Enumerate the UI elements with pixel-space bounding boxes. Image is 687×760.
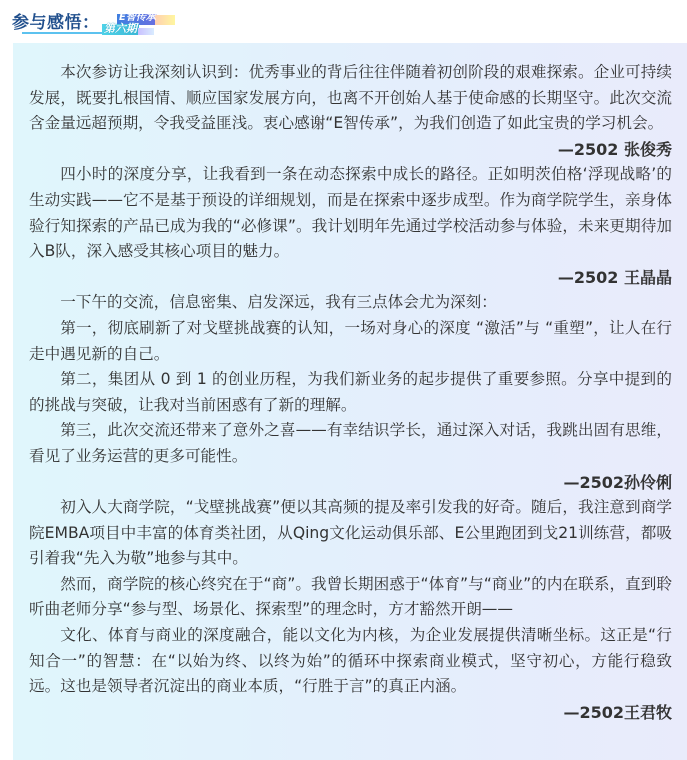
reflection-signature: —2502 张俊秀 [29,137,672,163]
reflection-paragraph: 第三，此次交流还带来了意外之喜——有幸结识学长，通过深入对话，我跳出固有思维，看… [29,418,672,469]
reflection-signature: —2502 王晶晶 [29,265,672,291]
reflection-paragraph: 第二，集团从 0 到 1 的创业历程，为我们新业务的起步提供了重要参照。分享中提… [29,367,672,418]
reflection-entry: 四小时的深度分享，让我看到一条在动态探索中成长的路径。正如明茨伯格‘浮现战略’的… [29,162,672,290]
reflection-paragraph: 然而，商学院的核心终究在于“商”。我曾长期困惑于“体育”与“商业”的内在联系，直… [29,572,672,623]
reflections-content: 本次参访让我深刻认识到：优秀事业的背后往往伴随着初创阶段的艰难探索。企业可持续发… [29,60,672,725]
badge-top-fade [155,15,175,25]
reflections-panel: 本次参访让我深刻认识到：优秀事业的背后往往伴随着初创阶段的艰难探索。企业可持续发… [13,43,687,760]
reflection-paragraph: 初入人大商学院，“戈壁挑战赛”便以其高频的提及率引发我的好奇。随后，我注意到商学… [29,495,672,572]
section-title: 参与感悟： [12,8,100,33]
reflection-paragraph: 第一，彻底刷新了对戈壁挑战赛的认知，一场对身心的深度 “激活”与 “重塑”，让人… [29,316,672,367]
issue-badge: E智传承 第六期 [100,10,180,36]
badge-bottom-fade [138,28,154,35]
reflection-paragraph: 本次参访让我深刻认识到：优秀事业的背后往往伴随着初创阶段的艰难探索。企业可持续发… [29,60,672,137]
title-underline [22,32,102,34]
section-header: 参与感悟： E智传承 第六期 [0,0,687,40]
badge-issue-text: 第六期 [104,23,137,35]
reflection-entry: 一下午的交流，信息密集、启发深远，我有三点体会尤为深刻： 第一，彻底刷新了对戈壁… [29,290,672,495]
reflection-entry: 本次参访让我深刻认识到：优秀事业的背后往往伴随着初创阶段的艰难探索。企业可持续发… [29,60,672,162]
reflection-paragraph: 文化、体育与商业的深度融合，能以文化为内核，为企业发展提供清晰坐标。这正是“行知… [29,623,672,700]
reflection-entry: 初入人大商学院，“戈壁挑战赛”便以其高频的提及率引发我的好奇。随后，我注意到商学… [29,495,672,725]
reflection-signature: —2502孙伶俐 [29,470,672,496]
reflection-signature: —2502王君牧 [29,700,672,726]
reflection-paragraph: 四小时的深度分享，让我看到一条在动态探索中成长的路径。正如明茨伯格‘浮现战略’的… [29,162,672,264]
reflection-paragraph: 一下午的交流，信息密集、启发深远，我有三点体会尤为深刻： [29,290,672,316]
